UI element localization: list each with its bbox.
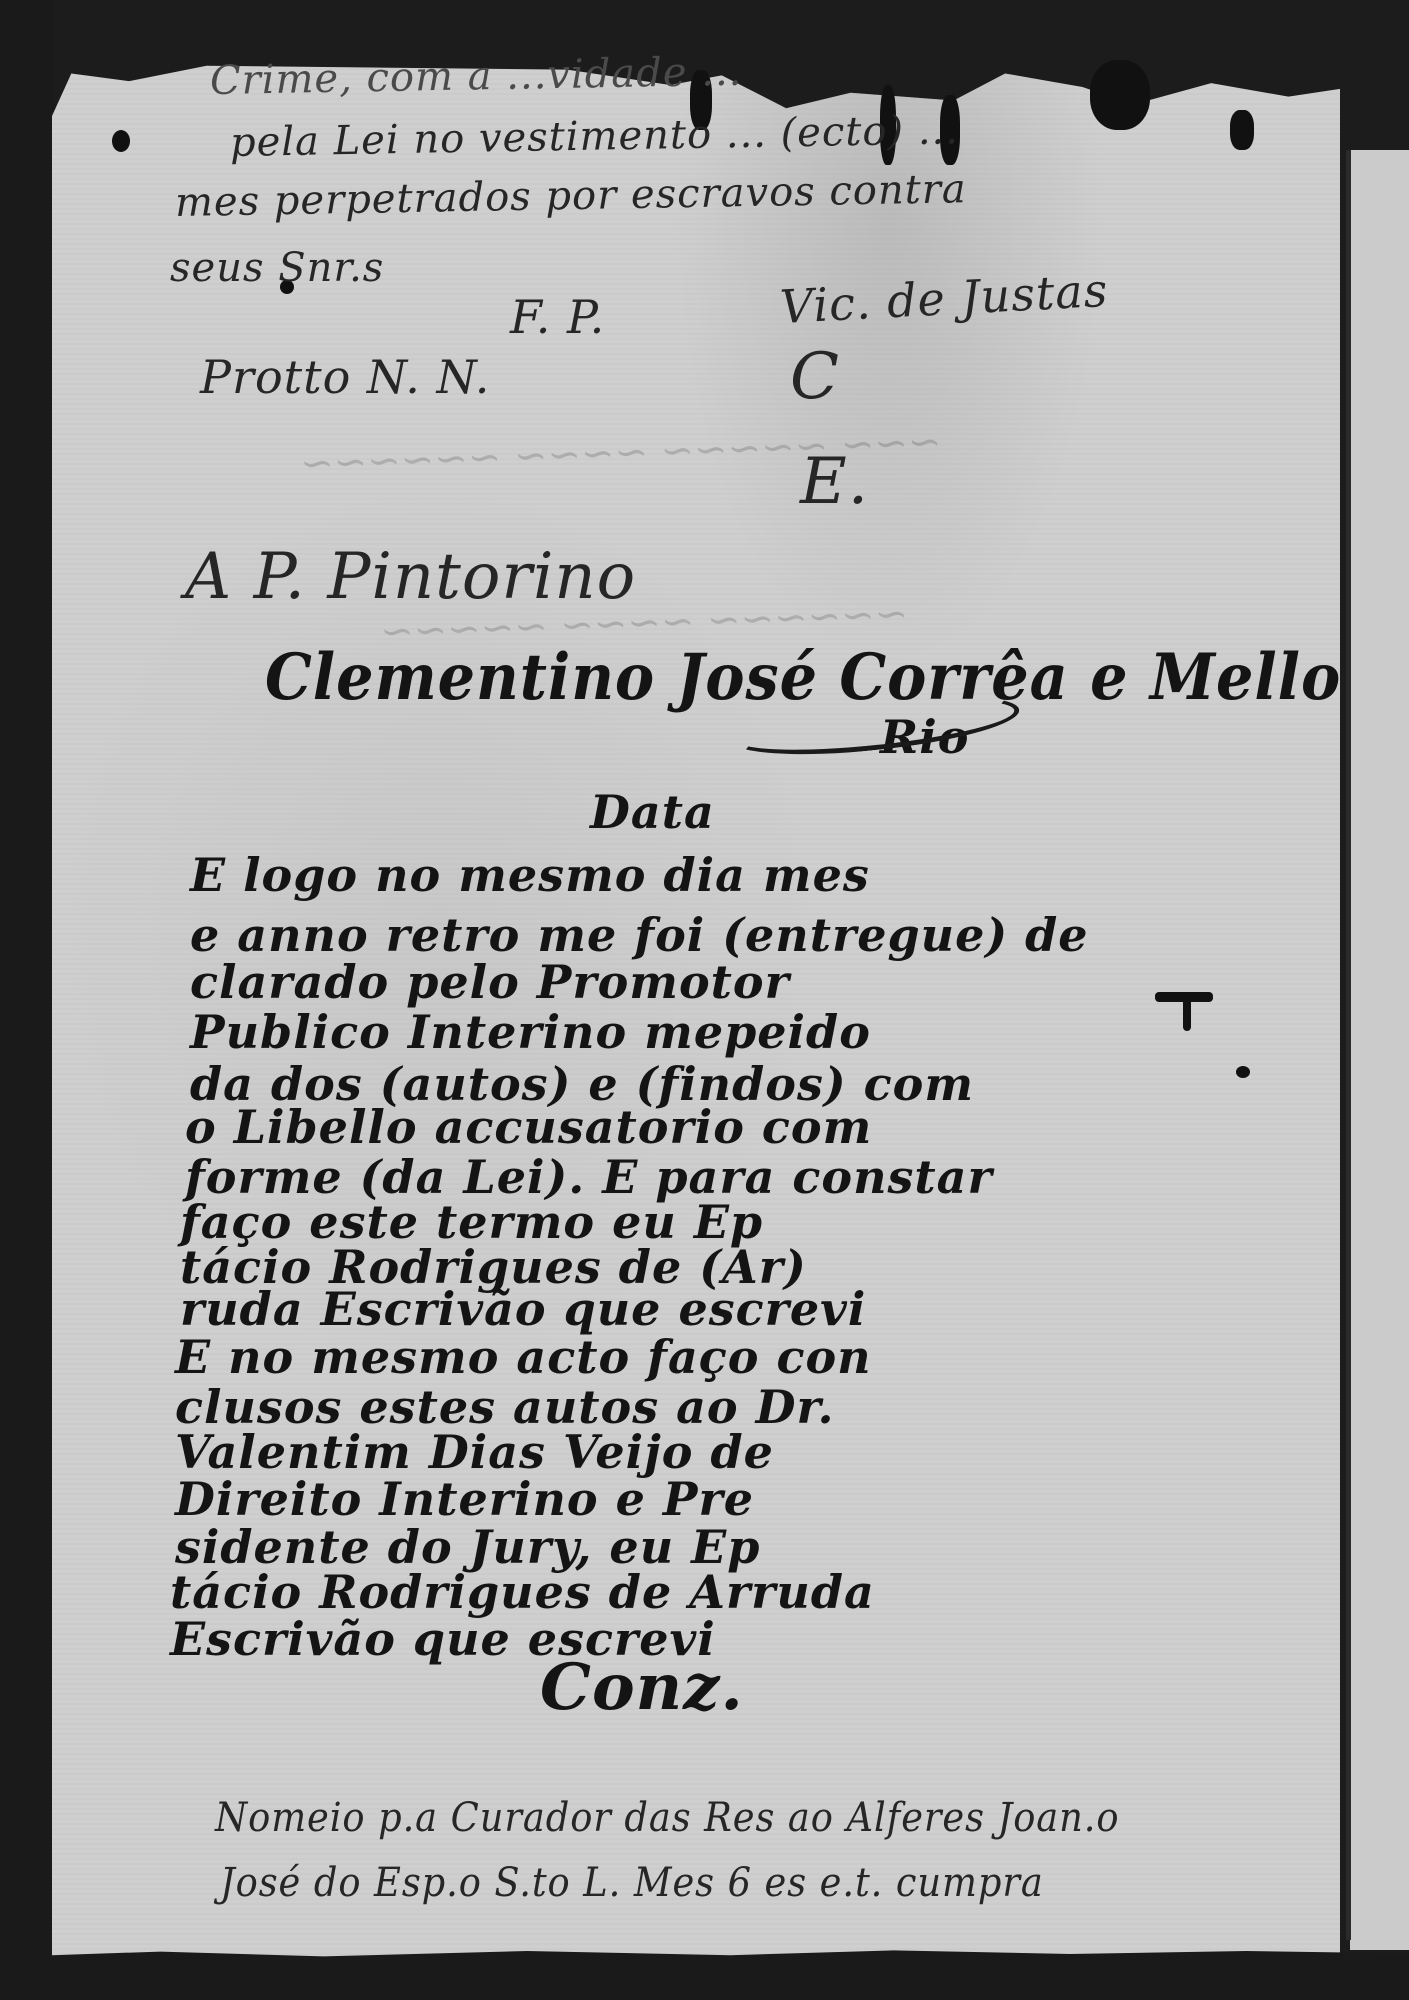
para1-line-10: ruda Escrivão que escrevi (180, 1282, 866, 1336)
scan-bottom-border (52, 1948, 1409, 2000)
para1-line-2: e anno retro me foi (entregue) de (190, 908, 1089, 962)
para2-line-6: tácio Rodrigues de Arruda (170, 1565, 875, 1619)
scan-left-border (0, 0, 55, 2000)
para1-line-3: clarado pelo Promotor (190, 955, 790, 1009)
ink-blot (1090, 60, 1150, 130)
header-line-4: seus Snr.s (170, 245, 384, 291)
heading-letter-e: E. (800, 445, 869, 519)
page-gutter-line (1346, 150, 1351, 1940)
heading-protocol: Protto N. N. (200, 350, 490, 404)
heading-fp: F. P. (510, 290, 605, 344)
para1-line-4: Publico Interino mepeido (190, 1005, 871, 1059)
para2-line-4: Direito Interino e Pre (175, 1472, 754, 1526)
footer-line-1: Nomeio p.a Curador das Res ao Alferes Jo… (215, 1795, 1119, 1841)
para1-line-1: E logo no mesmo dia mes (190, 848, 870, 902)
ink-blot (112, 130, 130, 152)
ink-blot (1236, 1066, 1250, 1078)
para2-line-1: E no mesmo acto faço con (175, 1330, 872, 1384)
ink-blot (1183, 995, 1191, 1031)
para2-line-3: Valentim Dias Veijo de (175, 1425, 774, 1479)
party-label: A P. Pintorino (185, 540, 636, 614)
para1-line-6: o Libello accusatorio com (185, 1100, 872, 1154)
closing-mark: Conz. (540, 1650, 744, 1725)
ink-blot (1230, 110, 1254, 150)
header-line-1: Crime, com a ...vidade ... (210, 49, 743, 104)
footer-line-2: José do Esp.o S.to L. Mes 6 es e.t. cump… (220, 1860, 1044, 1906)
party-name: Clementino José Corrêa e Mello (265, 640, 1341, 715)
section-title: Data (590, 785, 715, 839)
facing-page-edge (1350, 150, 1409, 1950)
heading-letter-c: C (790, 340, 840, 414)
